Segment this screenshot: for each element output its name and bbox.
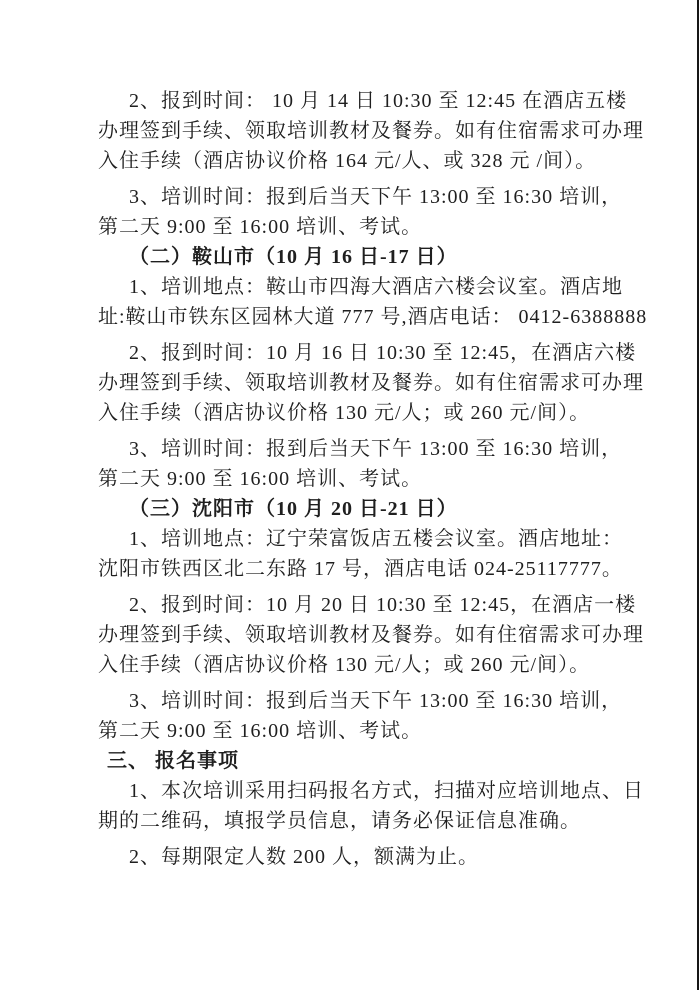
document-text-line: 1、培训地点：辽宁荣富饭店五楼会议室。酒店地址： <box>98 524 617 554</box>
document-text-line: 入住手续（酒店协议价格 130 元/人；或 260 元/间）。 <box>98 398 617 428</box>
document-text-line: 3、培训时间：报到后当天下午 13:00 至 16:30 培训， <box>98 182 617 212</box>
document-text-line: 入住手续（酒店协议价格 164 元/人、或 328 元 /间）。 <box>98 146 617 176</box>
document-text-line: 1、本次培训采用扫码报名方式，扫描对应培训地点、日 <box>98 776 617 806</box>
document-page: 2、报到时间： 10 月 14 日 10:30 至 12:45 在酒店五楼办理签… <box>0 0 700 990</box>
document-text-line: 第二天 9:00 至 16:00 培训、考试。 <box>98 464 617 494</box>
document-text-line: 第二天 9:00 至 16:00 培训、考试。 <box>98 212 617 242</box>
page-edge-line <box>697 0 699 990</box>
document-text-line: 期的二维码，填报学员信息，请务必保证信息准确。 <box>98 806 617 836</box>
document-text-line: 办理签到手续、领取培训教材及餐券。如有住宿需求可办理 <box>98 620 617 650</box>
document-text-line: 2、报到时间：10 月 20 日 10:30 至 12:45，在酒店一楼 <box>98 590 617 620</box>
document-text-line: 办理签到手续、领取培训教材及餐券。如有住宿需求可办理 <box>98 116 617 146</box>
document-text-line: 2、每期限定人数 200 人，额满为止。 <box>98 842 617 872</box>
document-heading-line: （三）沈阳市（10 月 20 日-21 日） <box>98 494 617 524</box>
document-text-line: 办理签到手续、领取培训教材及餐券。如有住宿需求可办理 <box>98 368 617 398</box>
document-text-line: 3、培训时间：报到后当天下午 13:00 至 16:30 培训， <box>98 686 617 716</box>
document-text-line: 2、报到时间：10 月 16 日 10:30 至 12:45，在酒店六楼 <box>98 338 617 368</box>
document-text-line: 3、培训时间：报到后当天下午 13:00 至 16:30 培训， <box>98 434 617 464</box>
document-text-line: 第二天 9:00 至 16:00 培训、考试。 <box>98 716 617 746</box>
document-heading-line: 三、 报名事项 <box>98 746 617 776</box>
document-body: 2、报到时间： 10 月 14 日 10:30 至 12:45 在酒店五楼办理签… <box>98 86 617 872</box>
document-text-line: 1、培训地点：鞍山市四海大酒店六楼会议室。酒店地 <box>98 272 617 302</box>
document-text-line: 址:鞍山市铁东区园林大道 777 号,酒店电话： 0412-6388888 <box>98 302 617 332</box>
document-heading-line: （二）鞍山市（10 月 16 日-17 日） <box>98 242 617 272</box>
document-text-line: 沈阳市铁西区北二东路 17 号，酒店电话 024-25117777。 <box>98 554 617 584</box>
document-text-line: 2、报到时间： 10 月 14 日 10:30 至 12:45 在酒店五楼 <box>98 86 617 116</box>
document-text-line: 入住手续（酒店协议价格 130 元/人；或 260 元/间）。 <box>98 650 617 680</box>
